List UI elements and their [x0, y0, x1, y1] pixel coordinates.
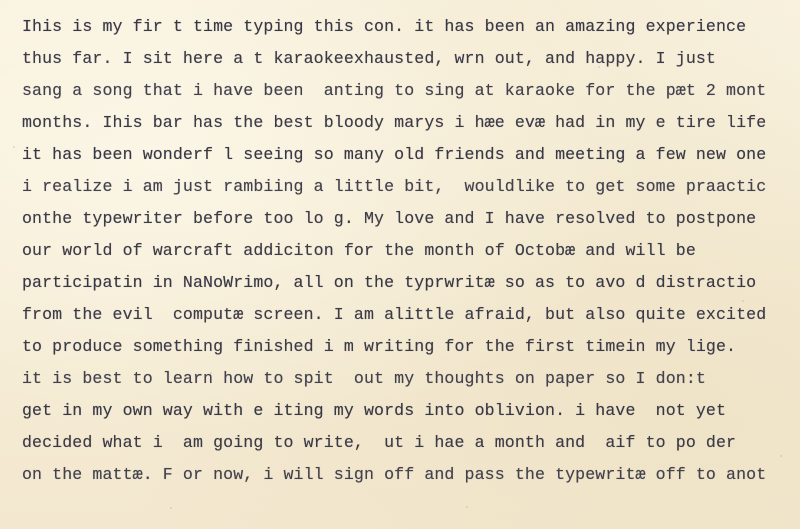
- typed-line: get in my own way with e iting my words …: [22, 395, 766, 427]
- typed-line: i realize i am just rambiing a little bi…: [22, 171, 766, 203]
- typewritten-page: Ihis is my fir t time typing this con. i…: [0, 0, 800, 529]
- typed-line: from the evil computæ screen. I am alitt…: [22, 299, 766, 331]
- paper-speck: [170, 507, 172, 509]
- paper-speck: [13, 146, 15, 148]
- paper-speck: [780, 455, 782, 457]
- typed-line: participatin in NaNoWrimo, all on the ty…: [22, 267, 766, 299]
- typed-line: sang a song that i have been anting to s…: [22, 75, 766, 107]
- typed-line: on the mattæ. F or now, i will sign off …: [22, 459, 766, 491]
- typed-line: to produce something finished i m writin…: [22, 331, 766, 363]
- typed-text-body: Ihis is my fir t time typing this con. i…: [22, 11, 766, 491]
- typed-line: it has been wonderf l seeing so many old…: [22, 139, 766, 171]
- typed-line: thus far. I sit here a t karaokeexhauste…: [22, 43, 766, 75]
- typed-line: months. Ihis bar has the best bloody mar…: [22, 107, 766, 139]
- paper-speck: [466, 506, 468, 508]
- typed-line: decided what i am going to write, ut i h…: [22, 427, 766, 459]
- typed-line: Ihis is my fir t time typing this con. i…: [22, 11, 766, 43]
- typed-line: our world of warcraft addiciton for the …: [22, 235, 766, 267]
- typed-line: it is best to learn how to spit out my t…: [22, 363, 766, 395]
- typed-line: onthe typewriter before too lo g. My lov…: [22, 203, 766, 235]
